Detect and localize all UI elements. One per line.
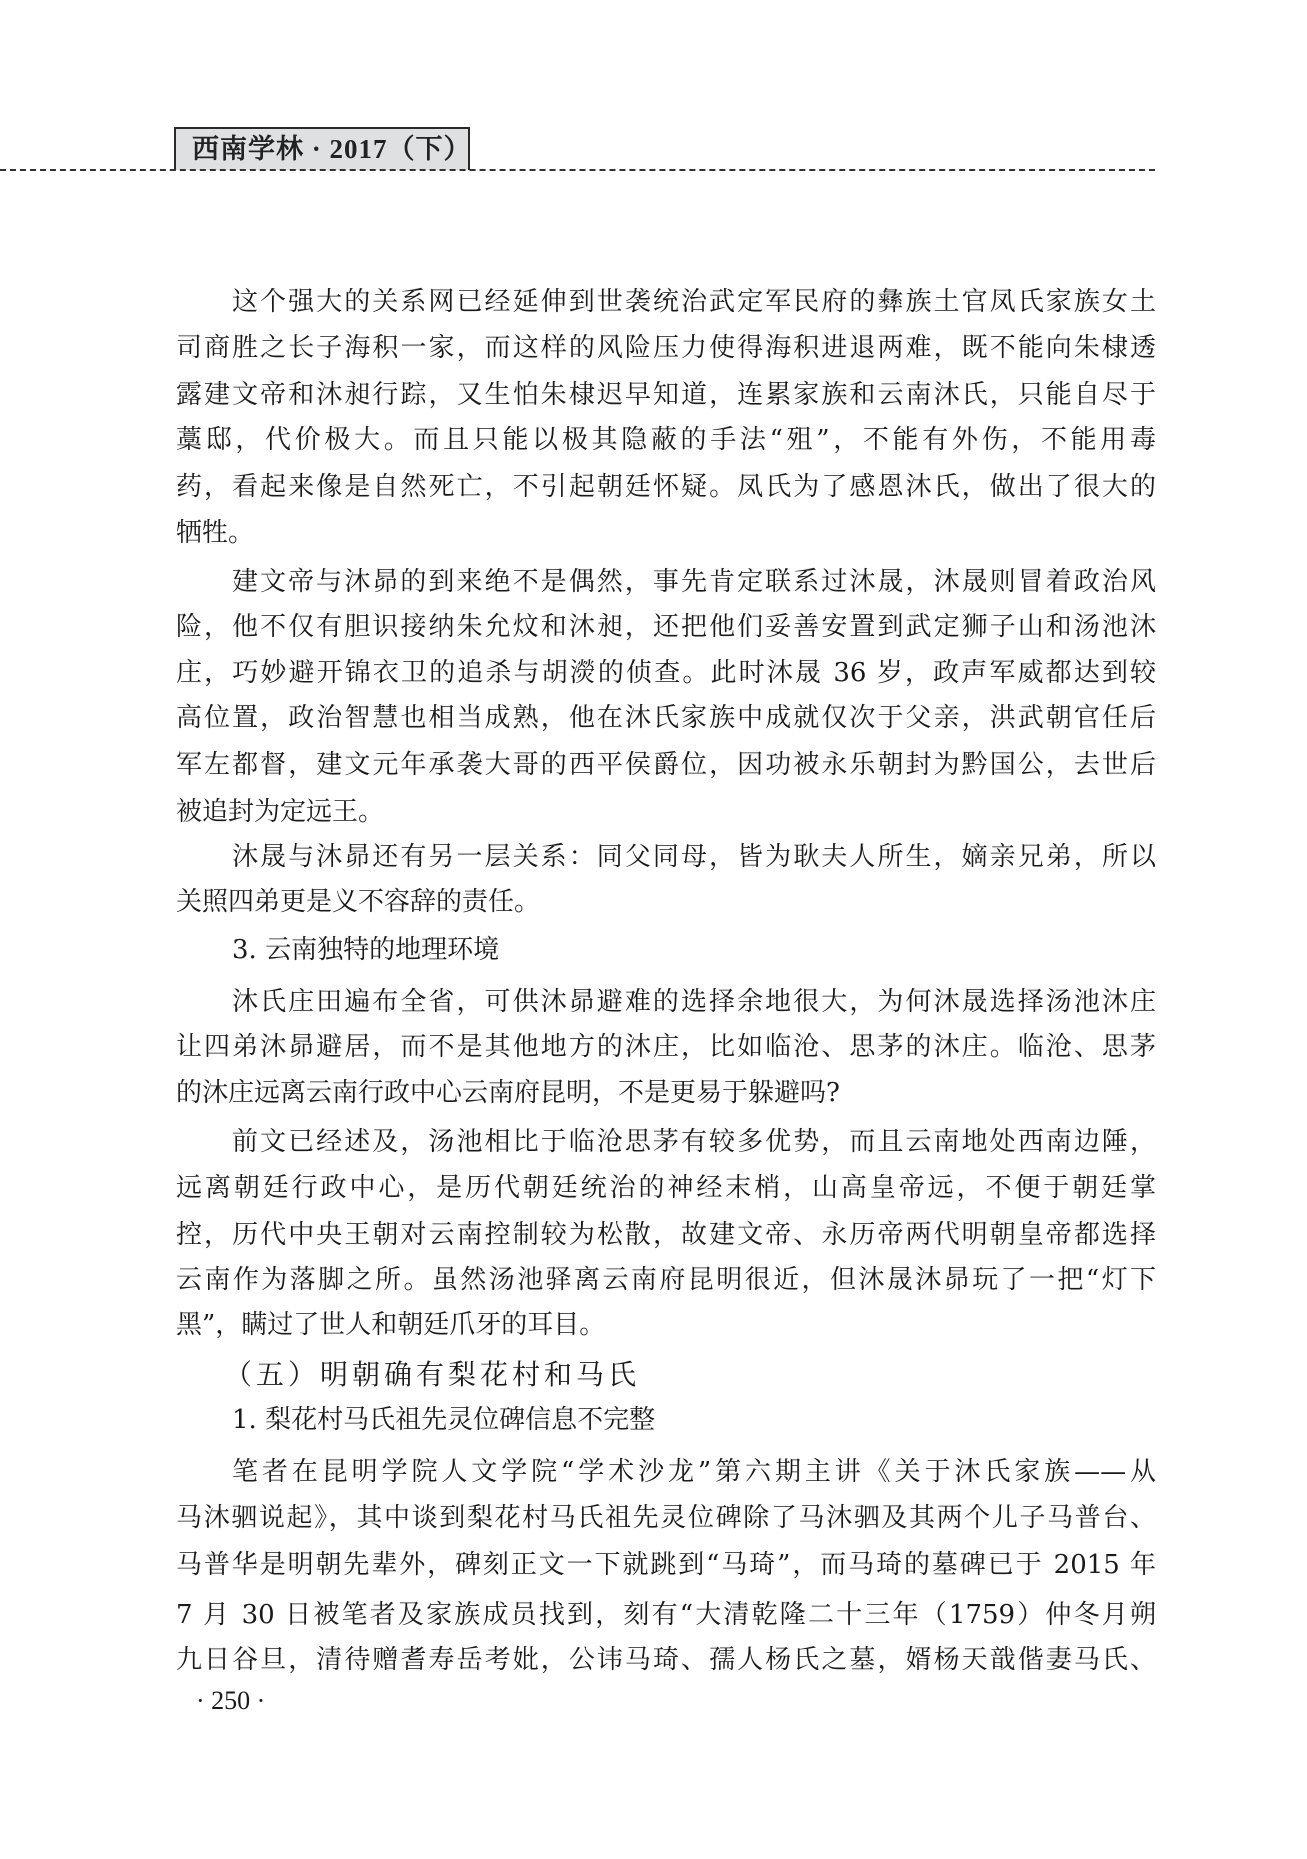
text-line: 藁邸，代价极大。而且只能以极其隐蔽的手法“殂”，不能有外伤，不能用毒	[176, 420, 1156, 460]
text-line: 药，看起来像是自然死亡，不引起朝廷怀疑。凤氏为了感恩沐氏，做出了很大的	[176, 467, 1156, 507]
running-head: 西南学林 · 2017（下）	[174, 127, 470, 170]
text-line: 马普华是明朝先辈外，碑刻正文一下就跳到“马琦”，而马琦的墓碑已于 2015 年	[176, 1545, 1156, 1585]
text-line: 马沐驷说起》，其中谈到梨花村马氏祖先灵位碑除了马沐驷及其两个儿子马普台、	[176, 1498, 1156, 1538]
text-line: 1. 梨花村马氏祖先灵位碑信息不完整	[232, 1400, 1156, 1440]
text-line: 军左都督，建文元年承袭大哥的西平侯爵位，因功被永乐朝封为黔国公，去世后	[176, 745, 1156, 785]
text-line: 建文帝与沐昴的到来绝不是偶然，事先肯定联系过沐晟，沐晟则冒着政治风	[232, 562, 1156, 602]
section-heading: （五）明朝确有梨花村和马氏	[224, 1355, 924, 1395]
text-line: 3. 云南独特的地理环境	[232, 930, 1156, 970]
text-line: 高位置，政治智慧也相当成熟，他在沐氏家族中成就仅次于父亲，洪武朝官任后	[176, 698, 1156, 738]
text-line: 被追封为定远王。	[176, 792, 1156, 832]
text-line: 让四弟沐昴避居，而不是其他地方的沐庄，比如临沧、思茅的沐庄。临沧、思茅	[176, 1027, 1156, 1067]
text-line: 露建文帝和沐昶行踪，又生怕朱棣迟早知道，连累家族和云南沐氏，只能自尽于	[176, 375, 1156, 415]
text-line: 远离朝廷行政中心，是历代朝廷统治的神经末梢，山高皇帝远，不便于朝廷掌	[176, 1168, 1156, 1208]
text-line: 云南作为落脚之所。虽然汤池驿离云南府昆明很近，但沐晟沐昴玩了一把“灯下	[176, 1260, 1156, 1300]
text-line: 的沐庄远离云南行政中心云南府昆明，不是更易于躲避吗?	[176, 1073, 1156, 1113]
text-line: 关照四弟更是义不容辞的责任。	[176, 882, 1156, 922]
text-line: 控，历代中央王朝对云南控制较为松散，故建文帝、永历帝两代明朝皇帝都选择	[176, 1215, 1156, 1255]
text-line: 黑”，瞒过了世人和朝廷爪牙的耳目。	[176, 1305, 1156, 1345]
header-dashed-rule	[0, 169, 1155, 171]
text-line: 沐氏庄田遍布全省，可供沐昴避难的选择余地很大，为何沐晟选择汤池沐庄	[232, 982, 1156, 1022]
text-line: 司商胜之长子海积一家，而这样的风险压力使得海积进退两难，既不能向朱棣透	[176, 328, 1156, 368]
page-number: · 250 ·	[196, 1684, 265, 1718]
text-line: 牺牲。	[176, 513, 1156, 553]
text-line: 前文已经述及，汤池相比于临沧思茅有较多优势，而且云南地处西南边陲，	[232, 1122, 1156, 1162]
running-head-title: 西南学林 · 2017（下）	[192, 134, 472, 164]
text-line: 庄，巧妙避开锦衣卫的追杀与胡濙的侦查。此时沐晟 36 岁，政声军威都达到较	[176, 653, 1156, 693]
text-line: 这个强大的关系网已经延伸到世袭统治武定军民府的彝族土官凤氏家族女土	[232, 282, 1156, 322]
text-line: 九日谷旦，清待赠耆寿岳考妣，公讳马琦、孺人杨氏之墓，婿杨天戠偕妻马氏、	[176, 1640, 1156, 1680]
text-line: 沐晟与沐昴还有另一层关系：同父同母，皆为耿夫人所生，嫡亲兄弟，所以	[232, 837, 1156, 877]
text-line: 险，他不仅有胆识接纳朱允炆和沐昶，还把他们妥善安置到武定狮子山和汤池沐	[176, 607, 1156, 647]
text-line: 7 月 30 日被笔者及家族成员找到，刻有“大清乾隆二十三年（1759）仲冬月朔	[176, 1595, 1156, 1635]
text-line: 笔者在昆明学院人文学院“学术沙龙”第六期主讲《关于沐氏家族——从	[232, 1452, 1156, 1492]
